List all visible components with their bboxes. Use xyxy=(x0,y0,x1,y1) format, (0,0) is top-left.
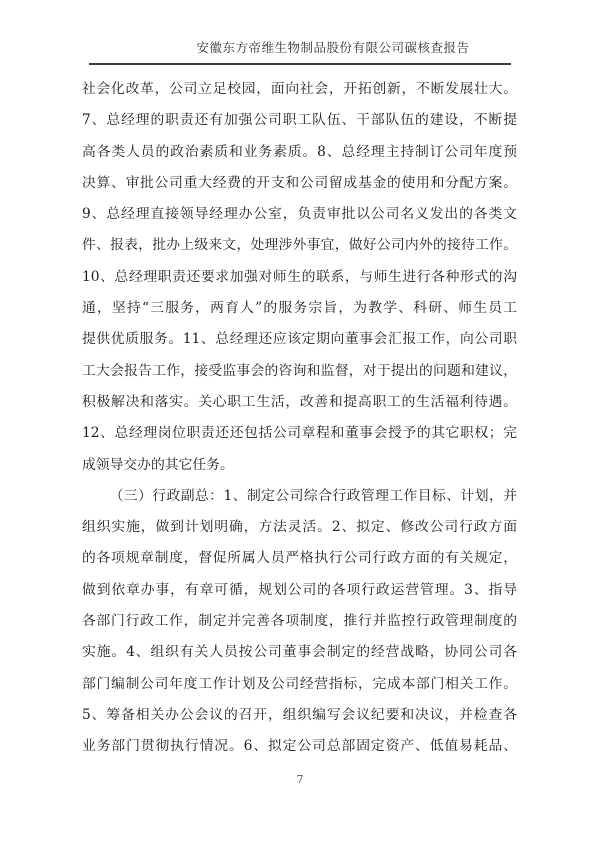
text-line: 12、总经理岗位职责还还包括公司章程和董事会授予的其它职权；完 xyxy=(82,418,517,449)
text-line: 实施。4、组织有关人员按公司董事会制定的经营战略，协同公司各 xyxy=(82,637,517,668)
text-line: 决算、审批公司重大经费的开支和公司留成基金的使用和分配方案。 xyxy=(82,168,517,199)
text-line: 5、筹备相关办公会议的召开，组织编写会议纪要和决议，并检查各 xyxy=(82,700,517,731)
text-line: 成领导交办的其它任务。 xyxy=(82,450,517,481)
page-header-title: 安徽东方帝维生物制品股份有限公司碳核查报告 xyxy=(33,0,600,55)
document-body: 社会化改革，公司立足校园，面向社会，开拓创新，不断发展壮大。 7、总经理的职责还… xyxy=(82,74,517,763)
text-line: 积极解决和落实。关心职工生活，改善和提高职工的生活福利待遇。 xyxy=(82,387,517,418)
text-line: 的各项规章制度，督促所属人员严格执行公司行政方面的有关规定， xyxy=(82,543,517,574)
text-line: 做到依章办事，有章可循，规划公司的各项行政运营管理。3、指导 xyxy=(82,575,517,606)
text-line: 提供优质服务。11、总经理还应该定期向董事会汇报工作，向公司职 xyxy=(82,324,517,355)
text-line: 组织实施，做到计划明确，方法灵活。2、拟定、修改公司行政方面 xyxy=(82,512,517,543)
text-line: 10、总经理职责还要求加强对师生的联系，与师生进行各种形式的沟 xyxy=(82,262,517,293)
text-line: 各部门行政工作，制定并完善各项制度，推行并监控行政管理制度的 xyxy=(82,606,517,637)
document-page: 安徽东方帝维生物制品股份有限公司碳核查报告 社会化改革，公司立足校园，面向社会，… xyxy=(0,0,600,848)
text-line: 部门编制公司年度工作计划及公司经营指标，完成本部门相关工作。 xyxy=(82,669,517,700)
text-line: 社会化改革，公司立足校园，面向社会，开拓创新，不断发展壮大。 xyxy=(82,74,517,105)
text-line: 9、总经理直接领导经理办公室，负责审批以公司名义发出的各类文 xyxy=(82,199,517,230)
page-number: 7 xyxy=(0,773,600,787)
text-line: 通，坚持“三服务，两育人”的服务宗旨，为教学、科研、师生员工 xyxy=(82,293,517,324)
header-rule xyxy=(89,63,511,65)
text-line: 7、总经理的职责还有加强公司职工队伍、干部队伍的建设，不断提 xyxy=(82,105,517,136)
text-line: 工大会报告工作，接受监事会的咨询和监督，对于提出的问题和建议， xyxy=(82,356,517,387)
text-line: 件、报表，批办上级来文，处理涉外事宜，做好公司内外的接待工作。 xyxy=(82,230,517,261)
text-line: 高各类人员的政治素质和业务素质。8、总经理主持制订公司年度预 xyxy=(82,137,517,168)
text-line: 业务部门贯彻执行情况。6、拟定公司总部固定资产、低值易耗品、 xyxy=(82,731,517,762)
text-line: （三）行政副总：1、制定公司综合行政管理工作目标、计划，并 xyxy=(82,481,517,512)
